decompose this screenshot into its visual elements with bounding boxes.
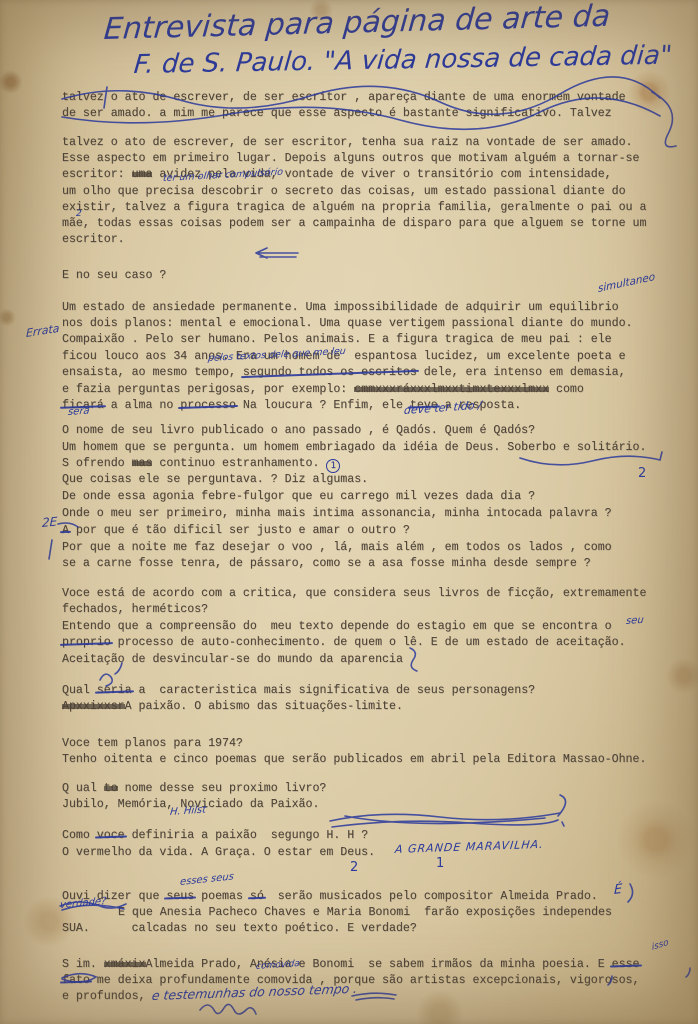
typed-segment: a caracteristica mais significativa de s… xyxy=(132,684,536,697)
typed-segment: Como xyxy=(62,829,97,842)
typed-line: Um estado de ansiedade permanente. Uma i… xyxy=(62,300,619,315)
typed-segment: Na loucura ? Enfim, ele xyxy=(236,399,410,412)
typed-segment: processo de auto-conhecimento. de quem o… xyxy=(111,636,626,649)
typed-question: fechados, herméticos? xyxy=(62,602,208,617)
typed-segment: dele, era intenso em demasia, xyxy=(417,366,626,379)
typed-pen-struck: proprio xyxy=(62,636,111,649)
typed-line: de ser amado. a mim me parece que esse a… xyxy=(62,106,612,121)
hw-note-hh: H. Hilst xyxy=(169,804,206,818)
typed-line: talvez o ato de escrever, de ser escrito… xyxy=(62,135,633,150)
typed-segment: Almeida Prado, Anésia e Bonomi se sabem … xyxy=(146,958,612,971)
typed-line: um olho que precisa descobrir o secreto … xyxy=(62,184,626,199)
pen-scribble xyxy=(330,813,560,821)
typed-pen-struck: só xyxy=(250,890,264,903)
typed-line: S ofrendo mas continuo estranhamento. 1 xyxy=(62,456,340,473)
typed-overstruck: mas xyxy=(132,457,153,470)
circled-1-mark: 1 xyxy=(326,459,340,473)
pen-question-tail xyxy=(558,795,566,826)
hw-note-maravilha: A GRANDE MARAVILHA. xyxy=(394,838,544,856)
pen-signature-scribble xyxy=(200,1004,256,1014)
hw-note-e-acento: É xyxy=(614,882,623,898)
hw-note-2: 2 xyxy=(638,466,646,481)
typed-line: ApxxixxsrA paixão. O abismo das situaçõe… xyxy=(62,699,403,714)
typed-line: A por que é tão dificil ser justo e amar… xyxy=(62,523,410,538)
typed-question: Voce tem planos para 1974? xyxy=(62,736,243,751)
hw-note-1: 1 xyxy=(436,856,444,871)
typed-pen-struck: seus xyxy=(166,890,194,903)
typed-question: E no seu caso ? xyxy=(62,268,166,283)
typed-line: Entendo que a compreensão do meu texto d… xyxy=(62,619,619,634)
typed-question: Q ual to nome desse seu proximo livro? xyxy=(62,781,326,796)
typed-segment: A paixão. O abismo das situações-limite. xyxy=(125,700,403,713)
typed-question: Ouvi dizer que seus poemas só serão musi… xyxy=(62,889,598,904)
typed-line: De onde essa agonia febre-fulgor que eu … xyxy=(62,489,535,504)
typed-segment: continuo estranhamento. xyxy=(152,457,326,470)
typed-segment: serão musicados pelo compositor Almeida … xyxy=(264,890,598,903)
typed-line: Aceitação de desvincular-se do mundo da … xyxy=(62,652,403,667)
handwritten-title-line2: F. de S. Paulo. "A vida nossa de cada di… xyxy=(133,41,674,80)
hw-note-isso: isso xyxy=(651,938,669,953)
typed-segment: a alma no xyxy=(104,399,181,412)
typed-line: escritor. xyxy=(62,232,125,247)
typed-segment: e fazia perguntas perigosas, por exemplo… xyxy=(62,383,354,396)
hw-note-esses-seus: esses seus xyxy=(180,871,235,888)
typed-question: Qual seria a caracteristica mais signifi… xyxy=(62,683,535,698)
hw-note-seu: seu xyxy=(625,615,644,627)
typed-pen-struck: esse xyxy=(612,958,640,971)
scanned-page: Entrevista para página de arte da F. de … xyxy=(0,0,698,1024)
typed-segment: como xyxy=(549,383,584,396)
typed-pen-struck: A xyxy=(62,524,69,537)
typed-segment: definiria a paixão segungo H. H ? xyxy=(125,829,369,842)
typed-line: ensaista, ao mesmo tempo, segundo todos … xyxy=(62,365,626,380)
typed-pen-struck: voce xyxy=(97,829,125,842)
hw-margin-2e: 2E xyxy=(42,514,58,530)
typed-overstruck: uma xyxy=(132,168,153,181)
hw-note-sera: será xyxy=(67,405,90,418)
typed-overstruck: to xyxy=(104,782,118,795)
typed-segment: Q ual xyxy=(62,782,104,795)
typed-line: Por que a noite me faz desejar o voo , l… xyxy=(62,540,612,555)
typed-line: existir, talvez a figura tragica de algu… xyxy=(62,200,646,215)
typed-pen-struck: fato xyxy=(62,974,90,987)
typed-line: Tenho oitenta e cinco poemas que serão p… xyxy=(62,752,646,767)
typed-segment: por que é tão dificil ser justo e amar o… xyxy=(69,524,410,537)
typed-segment: me deixa profundamente comovida , porque… xyxy=(90,974,640,987)
pen-scribble xyxy=(345,816,545,824)
typed-line: talvez o ato de escrever, de ser escrito… xyxy=(62,90,626,105)
hw-margin-simultaneo: simultaneo xyxy=(598,271,655,295)
typed-line: Onde o meu ser primeiro, minha mais inti… xyxy=(62,506,612,521)
typed-line: e profundos, xyxy=(62,989,146,1004)
typed-question: Que coisas ele se perguntava. ? Diz algu… xyxy=(62,472,368,487)
typed-line: Compaixão . Pelo ser humano. Pelos anima… xyxy=(62,332,612,347)
pen-hook xyxy=(410,648,417,671)
typed-question: E que Anesia Pacheco Chaves e Maria Bono… xyxy=(118,905,612,920)
typed-pen-struck: segundo todos os escritos xyxy=(243,366,417,379)
typed-question: SUA. calcadas no seu texto poético. E ve… xyxy=(62,921,417,936)
typed-line: mãe, todas essas coisas podem ser a camp… xyxy=(62,216,646,231)
typed-overstruck: cmmxxxráxxxlmxxtimxtexxxlmxx xyxy=(354,383,549,396)
typed-segment: nome desse seu proximo livro? xyxy=(118,782,327,795)
typed-segment: escritor: xyxy=(62,168,132,181)
typed-segment: S ofrendo xyxy=(62,457,132,470)
pen-comma xyxy=(686,968,690,977)
pen-scribble xyxy=(332,820,558,827)
typed-segment: S im. xyxy=(62,958,104,971)
hw-margin-errata: Errata xyxy=(26,322,60,340)
typed-line: proprio processo de auto-conhecimento. d… xyxy=(62,635,626,650)
typed-line: nos dois planos: mental e emocional. Uma… xyxy=(62,316,633,331)
typed-line: escritor: uma avidez pela vida, vontade … xyxy=(62,167,612,182)
typed-question: Voce está de acordo com a critica, que c… xyxy=(62,586,646,601)
typed-overstruck: xmáxix xyxy=(104,958,146,971)
typed-pen-struck: processo xyxy=(180,399,236,412)
pen-arrow-left xyxy=(256,248,298,258)
typed-line: O vermelho da vida. A Graça. O estar em … xyxy=(62,845,375,860)
typed-overstruck: Apxxixxsr xyxy=(62,700,125,713)
typed-question: Como voce definiria a paixão segungo H. … xyxy=(62,828,368,843)
typed-pen-struck: seria xyxy=(97,684,132,697)
typed-segment: poemas xyxy=(194,890,250,903)
pen-loop xyxy=(652,92,676,147)
typed-line: e fazia perguntas perigosas, por exemplo… xyxy=(62,382,584,397)
typed-segment: ensaista, ao mesmo tempo, xyxy=(62,366,243,379)
hw-note-2: 2 xyxy=(350,860,358,875)
handwritten-title-line1: Entrevista para página de arte da xyxy=(103,0,612,47)
typed-line: S im. xmáxixAlmeida Prado, Anésia e Bono… xyxy=(62,957,640,972)
pen-flourish xyxy=(628,884,633,902)
pen-tick xyxy=(49,540,52,559)
typed-line: Um homem que se pergunta. um homem embri… xyxy=(62,440,646,455)
typed-line: se a carne fosse tenra, de pássaro, como… xyxy=(62,556,591,571)
typed-line: Esse aspecto em primeiro lugar. Depois a… xyxy=(62,151,639,166)
pen-scribble xyxy=(352,993,396,1000)
typed-segment: Qual xyxy=(62,684,97,697)
typed-question: O nome de seu livro publicado o ano pass… xyxy=(62,423,535,438)
